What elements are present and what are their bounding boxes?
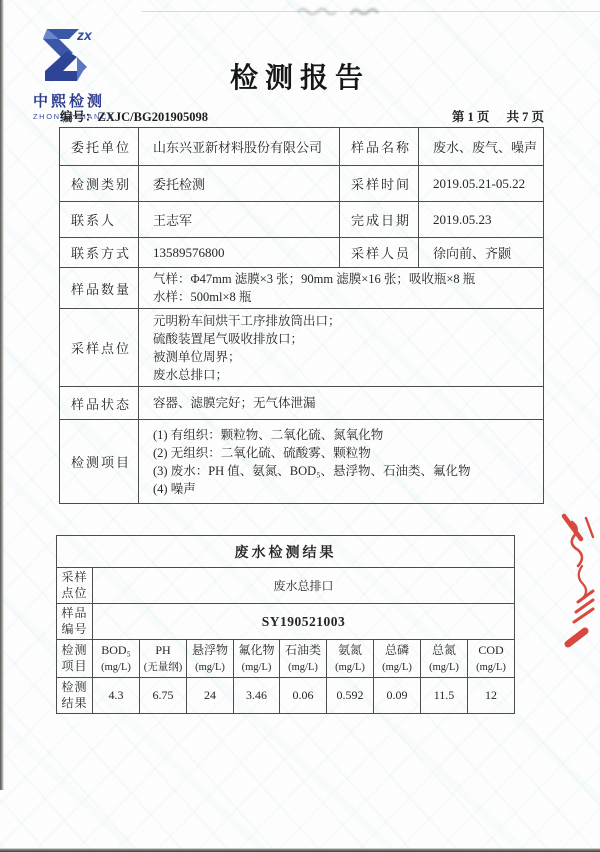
column-header: PH(无量纲) [140, 640, 187, 678]
field-value: 委托检测 [139, 166, 340, 202]
result-value: 11.5 [421, 678, 468, 714]
param-unit: (mg/L) [469, 660, 513, 676]
result-title-row: 废水检测结果 [57, 536, 515, 568]
field-value: 山东兴亚新材料股份有限公司 [139, 128, 340, 166]
scan-smudge [348, 3, 382, 21]
scanned-report-page: zx 中熙检测 ZHONGXIJIANCE 检测报告 编号：ZXJC/BG201… [0, 0, 600, 852]
field-value: 2019.05.21-05.22 [419, 166, 544, 202]
field-value: 废水、废气、噪声 [419, 128, 544, 166]
info-row: 委托单位 山东兴亚新材料股份有限公司 样品名称 废水、废气、噪声 [60, 128, 544, 166]
field-label: 采样点位 [60, 309, 139, 387]
report-number-value: ZXJC/BG201905098 [98, 110, 208, 124]
param-name: 氟化物 [238, 643, 274, 657]
field-value: 13589576800 [139, 238, 340, 268]
column-header: BOD₅(mg/L) [93, 640, 140, 678]
field-label: 样品状态 [60, 387, 139, 420]
info-row: 样品状态 容器、滤膜完好；无气体泄漏 [60, 387, 544, 420]
sampling-point-row: 采样点位 废水总排口 [57, 568, 515, 604]
info-row: 样品数量 气样：Φ47mm 滤膜×3 张；90mm 滤膜×16 张；吸收瓶×8 … [60, 268, 544, 309]
result-value: 12 [468, 678, 515, 714]
page-total: 共 7 页 [506, 110, 544, 124]
wastewater-result-table: 废水检测结果 采样点位 废水总排口 样品编号 SY190521003 检测项目 … [56, 535, 515, 714]
result-table-title: 废水检测结果 [57, 536, 515, 568]
field-value: 2019.05.23 [419, 202, 544, 238]
page-indicator: 第 1 页 共 7 页 [438, 107, 544, 125]
param-name: 石油类 [285, 643, 321, 657]
param-name: 悬浮物 [192, 643, 228, 657]
report-number: 编号：ZXJC/BG201905098 [60, 107, 208, 125]
field-label: 委托单位 [60, 128, 139, 166]
info-row: 检测类别 委托检测 采样时间 2019.05.21-05.22 [60, 166, 544, 202]
info-row: 联系方式 13589576800 采样人员 徐向前、齐颢 [60, 238, 544, 268]
column-header: COD(mg/L) [468, 640, 515, 678]
report-number-label: 编号： [60, 110, 98, 124]
field-value: 元明粉车间烘干工序排放筒出口； 硫酸装置尾气吸收排放口； 被测单位周界； 废水总… [139, 309, 544, 387]
field-label: 检测结果 [57, 678, 93, 714]
scan-edge-shadow-left [0, 0, 4, 790]
field-value: 容器、滤膜完好；无气体泄漏 [139, 387, 544, 420]
column-header: 总磷(mg/L) [374, 640, 421, 678]
page-current: 第 1 页 [452, 110, 490, 124]
field-label: 检测项目 [60, 420, 139, 504]
result-value: 3.46 [234, 678, 280, 714]
field-value: 气样：Φ47mm 滤膜×3 张；90mm 滤膜×16 张；吸收瓶×8 瓶 水样：… [139, 268, 544, 309]
result-value: 24 [187, 678, 234, 714]
field-label: 联系方式 [60, 238, 139, 268]
param-unit: (mg/L) [94, 660, 138, 676]
sample-no-row: 样品编号 SY190521003 [57, 604, 515, 640]
field-value: 徐向前、齐颢 [419, 238, 544, 268]
param-unit: (mg/L) [188, 660, 232, 676]
column-header: 氟化物(mg/L) [234, 640, 280, 678]
param-unit: (mg/L) [235, 660, 278, 676]
result-value: 0.09 [374, 678, 421, 714]
param-unit: (mg/L) [422, 660, 466, 676]
field-label: 完成日期 [340, 202, 419, 238]
column-header: 悬浮物(mg/L) [187, 640, 234, 678]
column-header: 石油类(mg/L) [280, 640, 327, 678]
field-label: 样品数量 [60, 268, 139, 309]
param-name: BOD₅ [101, 643, 131, 657]
sample-no-value: SY190521003 [93, 604, 515, 640]
sampling-point-value: 废水总排口 [93, 568, 515, 604]
logo-zx-mark: zx [76, 27, 93, 43]
param-unit: (mg/L) [375, 660, 419, 676]
param-unit: (mg/L) [281, 660, 325, 676]
report-meta-row: 编号：ZXJC/BG201905098 第 1 页 共 7 页 [60, 107, 544, 125]
result-value-row: 检测结果 4.3 6.75 24 3.46 0.06 0.592 0.09 11… [57, 678, 515, 714]
field-label: 联系人 [60, 202, 139, 238]
result-value: 6.75 [140, 678, 187, 714]
field-label: 采样人员 [340, 238, 419, 268]
param-name: COD [478, 643, 503, 657]
field-label: 检测类别 [60, 166, 139, 202]
column-header: 氨氮(mg/L) [327, 640, 374, 678]
info-row: 采样点位 元明粉车间烘干工序排放筒出口； 硫酸装置尾气吸收排放口； 被测单位周界… [60, 309, 544, 387]
scan-edge-shadow-bottom [0, 848, 600, 852]
param-unit: (mg/L) [328, 660, 372, 676]
param-name: PH [155, 643, 170, 657]
info-row: 联系人 王志军 完成日期 2019.05.23 [60, 202, 544, 238]
param-name: 总磷 [385, 643, 409, 657]
field-label: 样品编号 [57, 604, 93, 640]
report-title: 检测报告 [0, 56, 600, 96]
field-value: 王志军 [139, 202, 340, 238]
red-handwriting-mark [548, 508, 600, 660]
field-label: 检测项目 [57, 640, 93, 678]
result-value: 0.592 [327, 678, 374, 714]
scan-smudge [294, 2, 344, 20]
param-name: 氨氮 [338, 643, 362, 657]
field-label: 样品名称 [340, 128, 419, 166]
result-value: 0.06 [280, 678, 327, 714]
column-header: 总氮(mg/L) [421, 640, 468, 678]
field-label: 采样时间 [340, 166, 419, 202]
result-value: 4.3 [93, 678, 140, 714]
field-label: 采样点位 [57, 568, 93, 604]
field-value: (1) 有组织：颗粒物、二氧化硫、氮氧化物 (2) 无组织：二氧化硫、硫酸雾、颗… [139, 420, 544, 504]
param-name: 总氮 [432, 643, 456, 657]
info-row: 检测项目 (1) 有组织：颗粒物、二氧化硫、氮氧化物 (2) 无组织：二氧化硫、… [60, 420, 544, 504]
sample-info-table: 委托单位 山东兴亚新材料股份有限公司 样品名称 废水、废气、噪声 检测类别 委托… [59, 127, 544, 504]
parameter-header-row: 检测项目 BOD₅(mg/L) PH(无量纲) 悬浮物(mg/L) 氟化物(mg… [57, 640, 515, 678]
param-unit: (无量纲) [141, 660, 185, 676]
